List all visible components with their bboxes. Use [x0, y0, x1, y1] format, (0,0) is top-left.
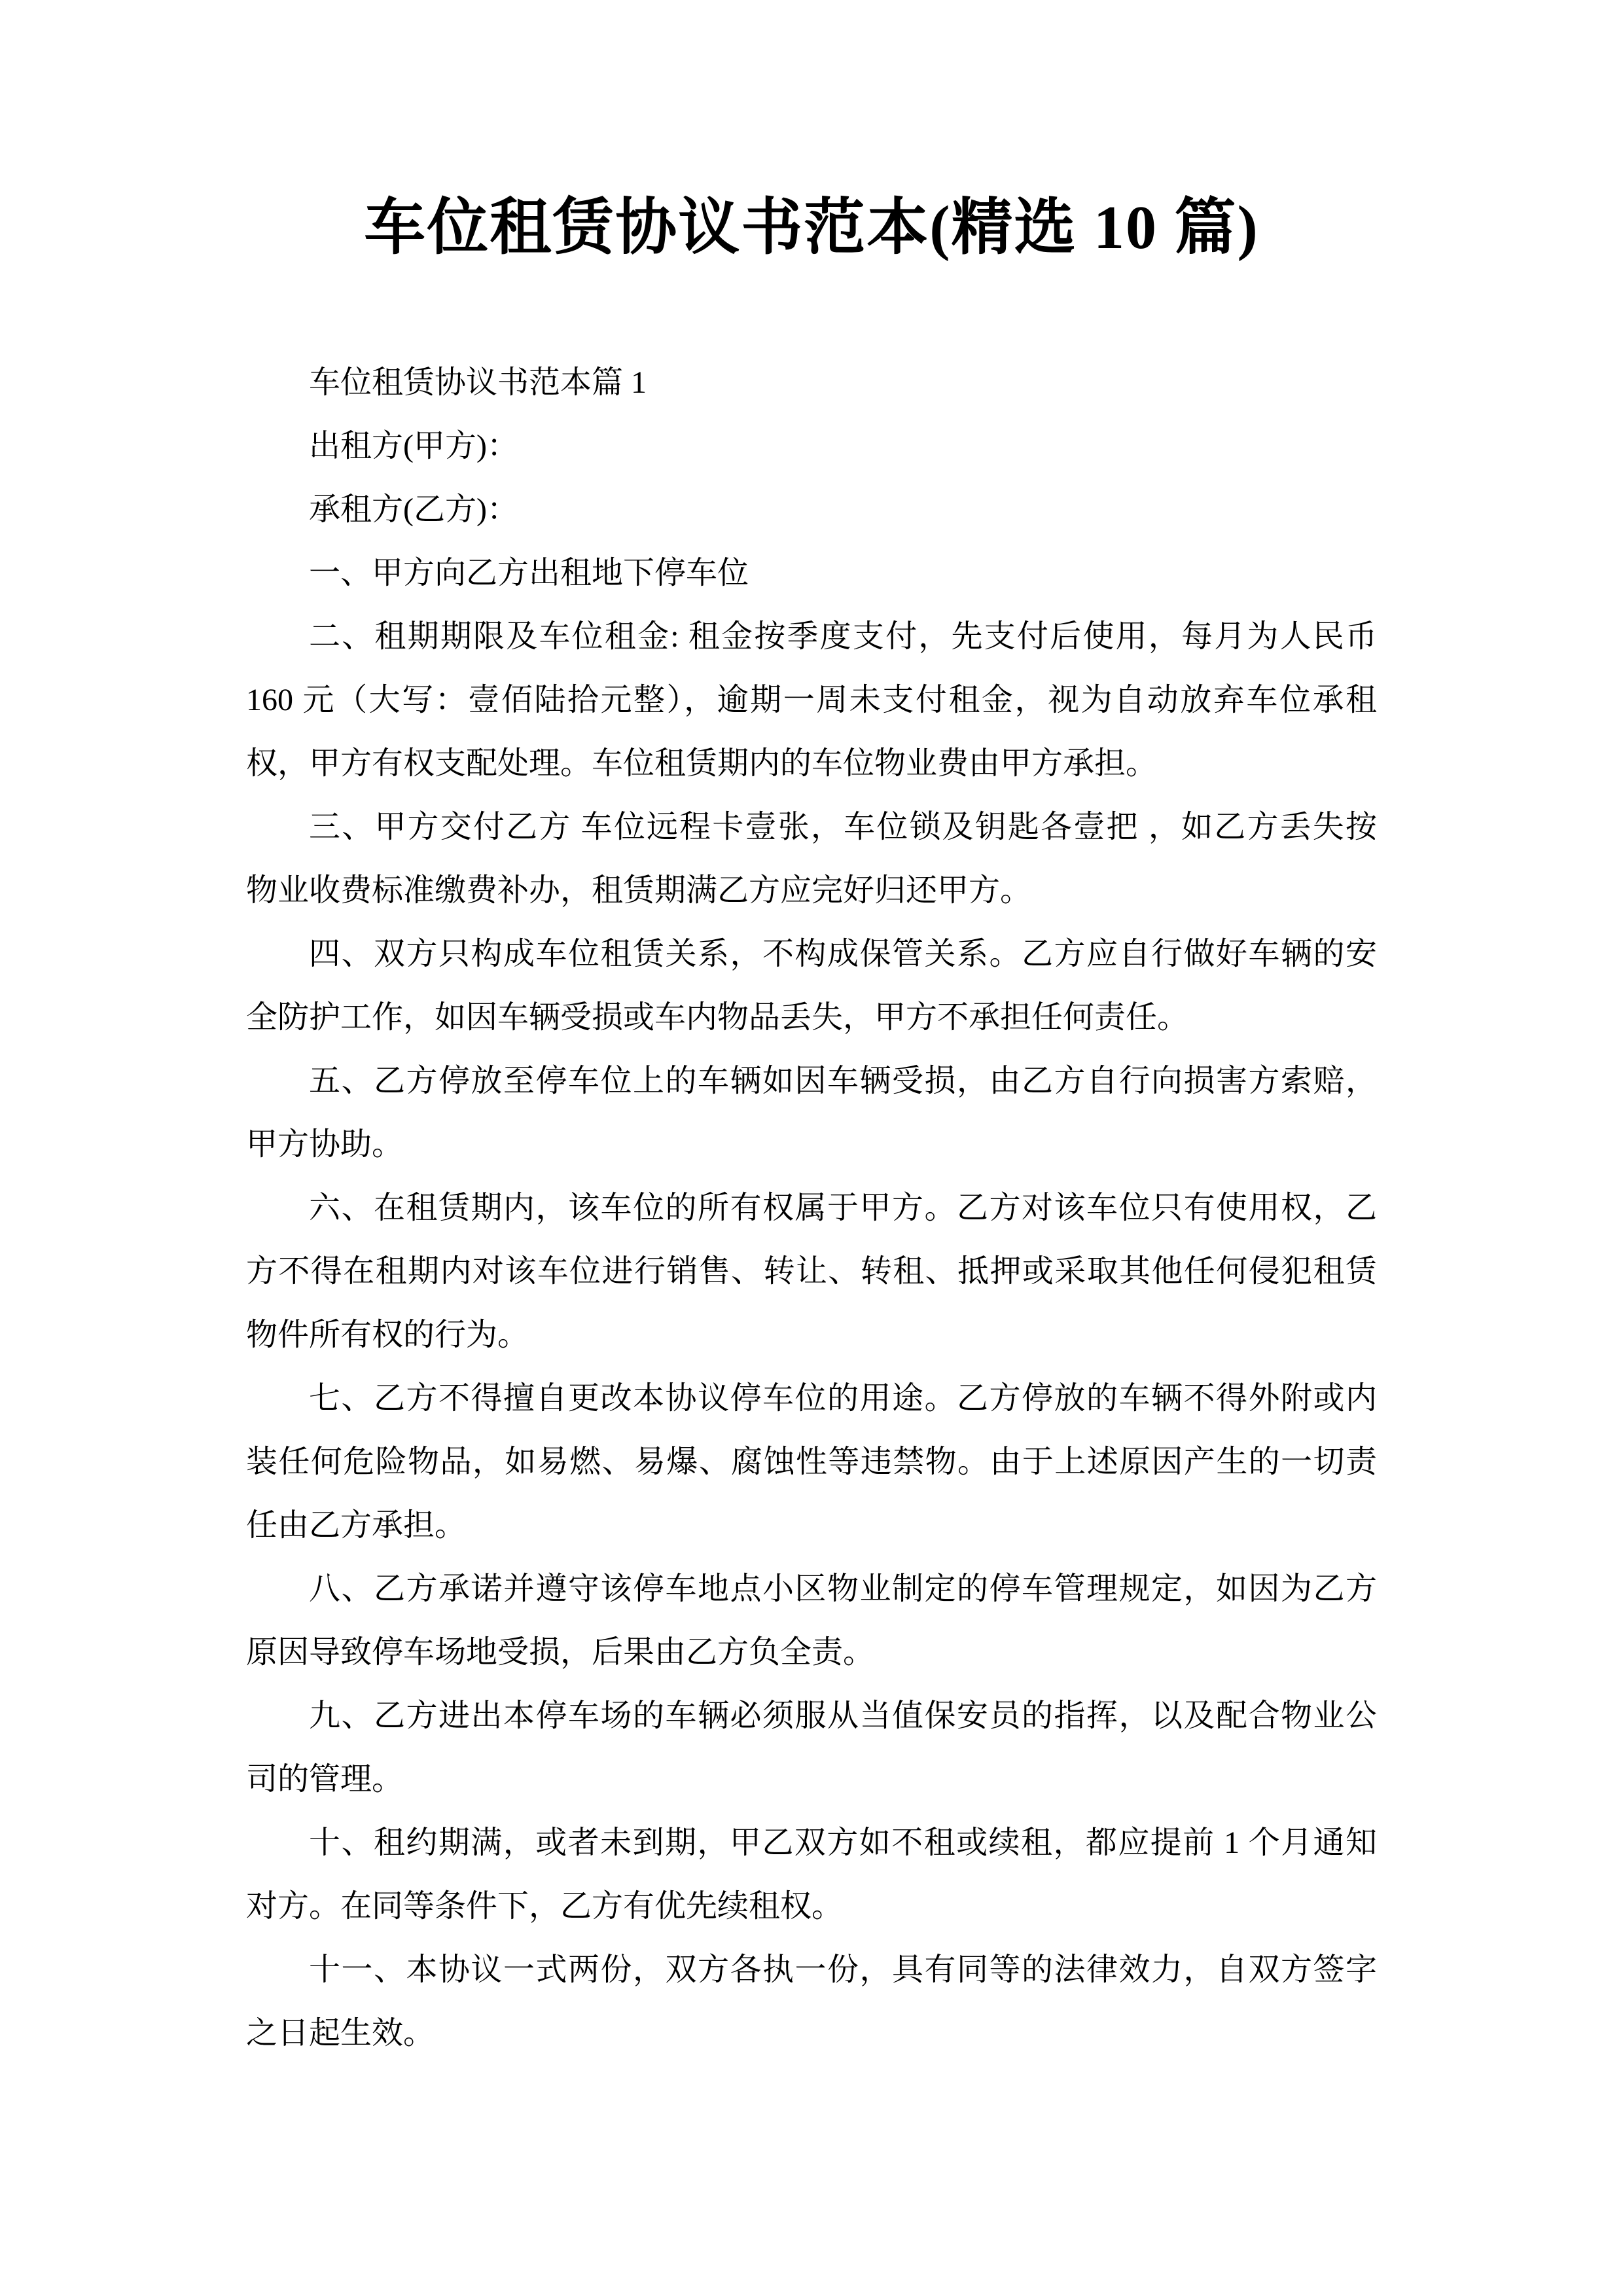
paragraph-line: 全防护工作，如因车辆受损或车内物品丢失，甲方不承担任何责任。	[246, 986, 1377, 1049]
paragraph-line: 出租方(甲方)：	[246, 414, 1377, 478]
paragraph-line: 方不得在租期内对该车位进行销售、转让、转租、抵押或采取其他任何侵犯租赁	[246, 1240, 1377, 1303]
paragraph-line: 车位租赁协议书范本篇 1	[246, 351, 1377, 414]
paragraph-line: 承租方(乙方)：	[246, 478, 1377, 541]
paragraph-line: 十一、本协议一式两份，双方各执一份，具有同等的法律效力，自双方签字	[246, 1938, 1377, 2001]
paragraph-line: 八、乙方承诺并遵守该停车地点小区物业制定的停车管理规定，如因为乙方	[246, 1557, 1377, 1621]
paragraph: 八、乙方承诺并遵守该停车地点小区物业制定的停车管理规定，如因为乙方原因导致停车场…	[246, 1557, 1377, 1684]
paragraph-line: 物件所有权的行为。	[246, 1303, 1377, 1367]
paragraph: 五、乙方停放至停车位上的车辆如因车辆受损，由乙方自行向损害方索赔，甲方协助。	[246, 1049, 1377, 1176]
paragraph-line: 甲方协助。	[246, 1113, 1377, 1176]
paragraph: 十一、本协议一式两份，双方各执一份，具有同等的法律效力，自双方签字之日起生效。	[246, 1938, 1377, 2065]
paragraph-line: 160 元（大写：壹佰陆拾元整），逾期一周未支付租金，视为自动放弃车位承租	[246, 668, 1377, 732]
paragraph-line: 装任何危险物品，如易燃、易爆、腐蚀性等违禁物。由于上述原因产生的一切责	[246, 1430, 1377, 1494]
paragraph-line: 一、甲方向乙方出租地下停车位	[246, 541, 1377, 605]
paragraph-line: 十、租约期满，或者未到期，甲乙双方如不租或续租，都应提前 1 个月通知	[246, 1811, 1377, 1874]
paragraph-line: 四、双方只构成车位租赁关系，不构成保管关系。乙方应自行做好车辆的安	[246, 922, 1377, 986]
paragraph-line: 权，甲方有权支配处理。车位租赁期内的车位物业费由甲方承担。	[246, 732, 1377, 795]
paragraph: 三、甲方交付乙方 车位远程卡壹张，车位锁及钥匙各壹把 ，如乙方丢失按物业收费标准…	[246, 795, 1377, 922]
paragraph-line: 二、租期期限及车位租金: 租金按季度支付，先支付后使用，每月为人民币	[246, 605, 1377, 668]
paragraph: 车位租赁协议书范本篇 1	[246, 351, 1377, 414]
paragraph: 出租方(甲方)：	[246, 414, 1377, 478]
paragraph: 承租方(乙方)：	[246, 478, 1377, 541]
paragraph-line: 任由乙方承担。	[246, 1494, 1377, 1557]
paragraph: 六、在租赁期内，该车位的所有权属于甲方。乙方对该车位只有使用权，乙方不得在租期内…	[246, 1176, 1377, 1367]
paragraph-line: 之日起生效。	[246, 2001, 1377, 2065]
paragraph: 九、乙方进出本停车场的车辆必须服从当值保安员的指挥，以及配合物业公司的管理。	[246, 1684, 1377, 1811]
paragraph: 二、租期期限及车位租金: 租金按季度支付，先支付后使用，每月为人民币160 元（…	[246, 605, 1377, 795]
paragraph-line: 九、乙方进出本停车场的车辆必须服从当值保安员的指挥，以及配合物业公	[246, 1684, 1377, 1748]
paragraph-line: 司的管理。	[246, 1748, 1377, 1811]
paragraph-line: 物业收费标准缴费补办，租赁期满乙方应完好归还甲方。	[246, 859, 1377, 922]
paragraph-line: 对方。在同等条件下，乙方有优先续租权。	[246, 1874, 1377, 1938]
paragraph: 一、甲方向乙方出租地下停车位	[246, 541, 1377, 605]
paragraph: 七、乙方不得擅自更改本协议停车位的用途。乙方停放的车辆不得外附或内装任何危险物品…	[246, 1367, 1377, 1557]
paragraph-line: 七、乙方不得擅自更改本协议停车位的用途。乙方停放的车辆不得外附或内	[246, 1367, 1377, 1430]
document-page: 车位租赁协议书范本(精选 10 篇) 车位租赁协议书范本篇 1出租方(甲方)：承…	[0, 0, 1623, 2296]
paragraph: 十、租约期满，或者未到期，甲乙双方如不租或续租，都应提前 1 个月通知对方。在同…	[246, 1811, 1377, 1938]
paragraph-line: 原因导致停车场地受损，后果由乙方负全责。	[246, 1621, 1377, 1684]
document-title: 车位租赁协议书范本(精选 10 篇)	[0, 182, 1623, 274]
paragraph: 四、双方只构成车位租赁关系，不构成保管关系。乙方应自行做好车辆的安全防护工作，如…	[246, 922, 1377, 1049]
paragraph-line: 五、乙方停放至停车位上的车辆如因车辆受损，由乙方自行向损害方索赔，	[246, 1049, 1377, 1113]
paragraph-line: 三、甲方交付乙方 车位远程卡壹张，车位锁及钥匙各壹把 ，如乙方丢失按	[246, 795, 1377, 859]
paragraph-line: 六、在租赁期内，该车位的所有权属于甲方。乙方对该车位只有使用权，乙	[246, 1176, 1377, 1240]
document-body: 车位租赁协议书范本篇 1出租方(甲方)：承租方(乙方)：一、甲方向乙方出租地下停…	[246, 351, 1377, 2065]
